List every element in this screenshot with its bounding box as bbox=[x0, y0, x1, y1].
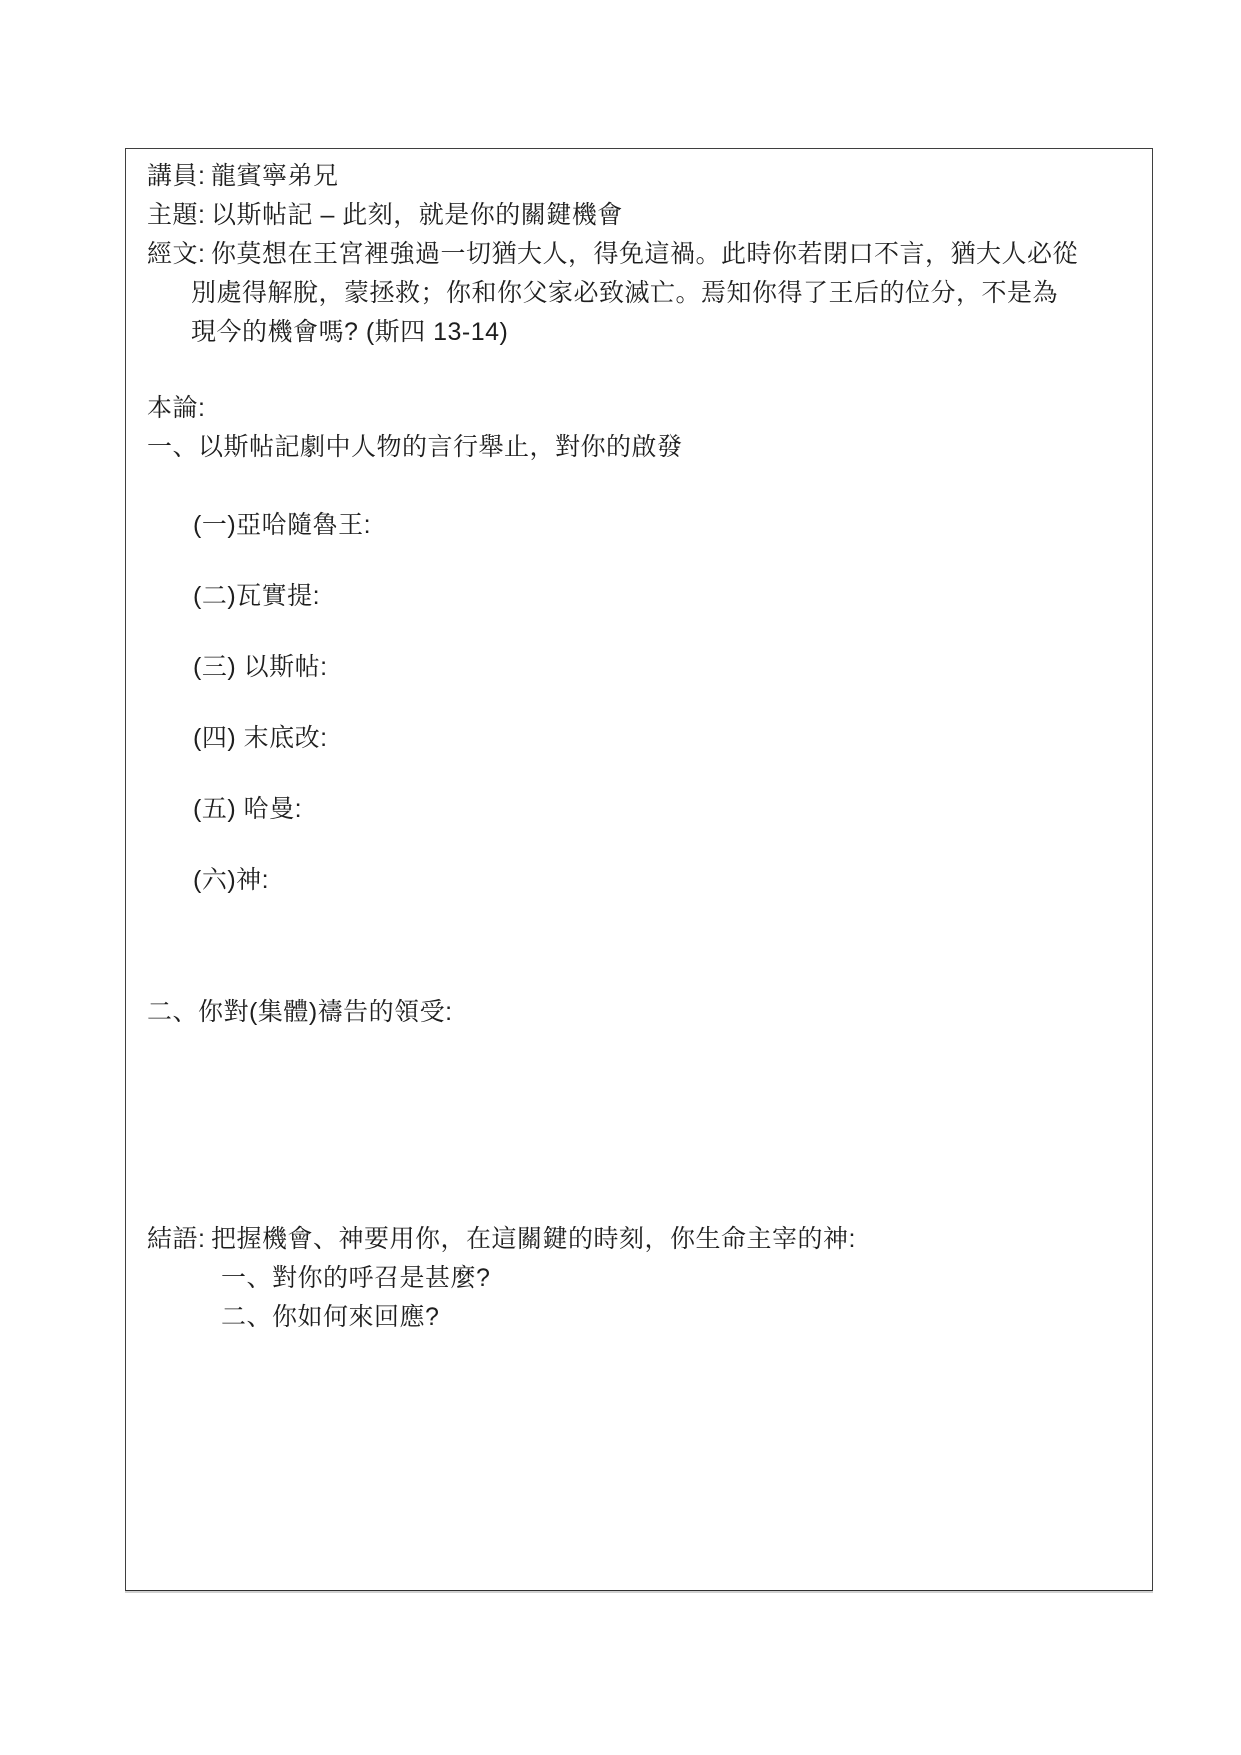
conclusion-label: 結語: bbox=[147, 1220, 211, 1259]
topic-value: 以斯帖記 – 此刻，就是你的關鍵機會 bbox=[211, 196, 1134, 235]
section2-title: 二、你對(集體)禱告的領受: bbox=[147, 993, 1134, 1032]
scripture-row: 經文: 你莫想在王宮裡強過一切猶大人，得免這禍。此時你若閉口不言，猶大人必從 bbox=[147, 235, 1134, 274]
section1-item-god: (六)神: bbox=[193, 861, 1134, 900]
section1-item-vashti: (二)瓦實提: bbox=[193, 577, 1134, 616]
topic-label: 主題: bbox=[147, 196, 211, 235]
section1-item-ahasuerus: (一)亞哈隨魯王: bbox=[193, 506, 1134, 545]
body-heading: 本論: bbox=[147, 389, 1134, 428]
conclusion-row: 結語: 把握機會、神要用你，在這關鍵的時刻，你生命主宰的神: bbox=[147, 1220, 1134, 1259]
conclusion-value: 把握機會、神要用你，在這關鍵的時刻，你生命主宰的神: bbox=[211, 1220, 1134, 1259]
document-page: 講員: 龍賓寧弟兄 主題: 以斯帖記 – 此刻，就是你的關鍵機會 經文: 你莫想… bbox=[125, 148, 1153, 1591]
section1-item-mordecai: (四) 末底改: bbox=[193, 719, 1134, 758]
section1-item-esther: (三) 以斯帖: bbox=[193, 648, 1134, 687]
conclusion-item-1: 一、對你的呼召是甚麼? bbox=[221, 1259, 1134, 1298]
speaker-value: 龍賓寧弟兄 bbox=[211, 157, 1134, 196]
topic-row: 主題: 以斯帖記 – 此刻，就是你的關鍵機會 bbox=[147, 196, 1134, 235]
scripture-line-2: 別處得解脫，蒙拯救；你和你父家必致滅亡。焉知你得了王后的位分，不是為 bbox=[191, 274, 1134, 313]
conclusion-item-2: 二、你如何來回應? bbox=[221, 1298, 1134, 1337]
scripture-line-1: 你莫想在王宮裡強過一切猶大人，得免這禍。此時你若閉口不言，猶大人必從 bbox=[211, 235, 1134, 274]
scripture-label: 經文: bbox=[147, 235, 211, 274]
speaker-label: 講員: bbox=[147, 157, 211, 196]
scripture-line-3: 現今的機會嗎? (斯四 13-14) bbox=[191, 313, 1134, 352]
section1-title: 一、以斯帖記劇中人物的言行舉止，對你的啟發 bbox=[147, 428, 1134, 467]
section1-item-haman: (五) 哈曼: bbox=[193, 790, 1134, 829]
speaker-row: 講員: 龍賓寧弟兄 bbox=[147, 157, 1134, 196]
